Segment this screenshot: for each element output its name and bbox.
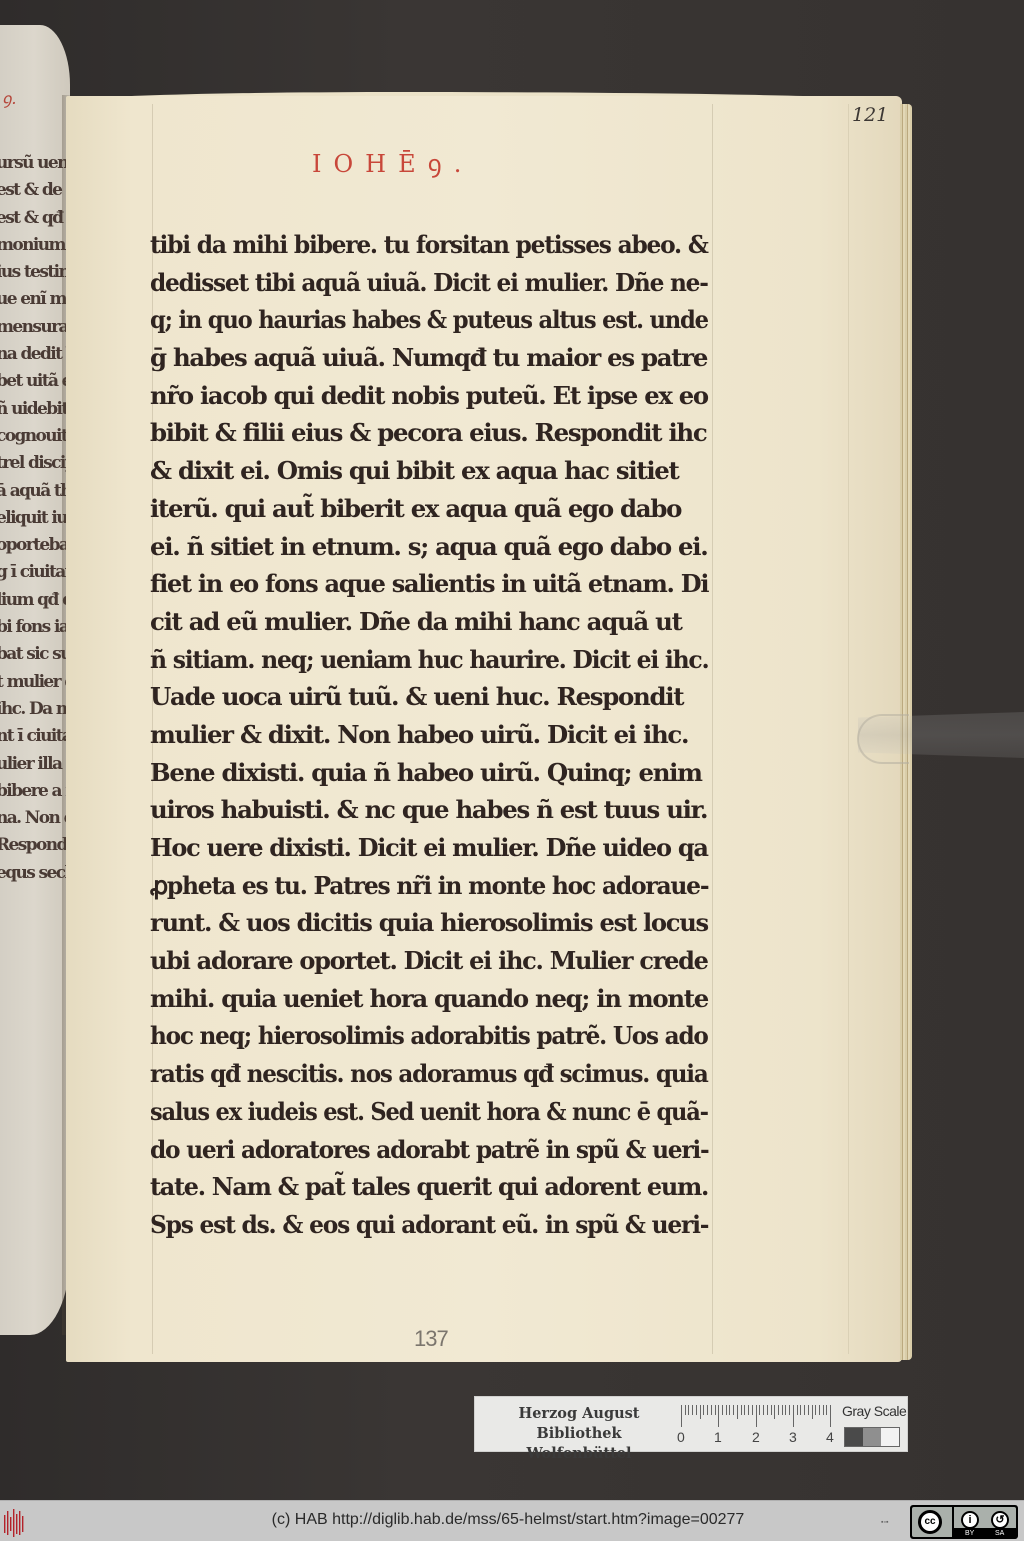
left-page-line: est & de te lo <box>0 177 70 204</box>
ruler-tick <box>823 1405 824 1415</box>
ruler-label: 4 <box>826 1429 834 1445</box>
left-page-line: eliquit iudeã <box>0 505 70 532</box>
ruler-tick <box>800 1405 801 1415</box>
left-page-line: ue enĩ misit deꝰ <box>0 286 70 313</box>
manuscript-line: runt. & uos dicitis quia hierosolimis es… <box>150 904 703 942</box>
cc-label-strip <box>954 1528 1016 1537</box>
ruler-label: 1 <box>714 1429 722 1445</box>
ruler-tick <box>700 1405 701 1419</box>
manuscript-line: salus ex iudeis est. Sed uenit hora & nu… <box>150 1093 665 1131</box>
manuscript-line: ꝓpheta es tu. Patres nr̃i in monte hoc a… <box>150 867 685 905</box>
left-page-line: bat sic sup <box>0 641 70 668</box>
manuscript-line: ei. ñ sitiet in etnum. s; aqua quã ego d… <box>150 528 708 566</box>
folio-number: 121 <box>852 104 888 126</box>
ruling-line-right <box>712 104 713 1354</box>
ruler-tick <box>692 1405 693 1415</box>
ruler-tick <box>722 1405 723 1415</box>
manuscript-line: uiros habuisti. & nc que habes ñ est tuu… <box>150 791 708 829</box>
ruler-tick <box>737 1405 738 1419</box>
left-page-line: ñ uidebit uitã <box>0 396 70 423</box>
left-page-line: trel discipl <box>0 450 70 477</box>
ruler-tick <box>774 1405 775 1419</box>
ruler-tick <box>711 1405 712 1415</box>
left-page-line: ā aquã the <box>0 478 70 505</box>
left-page-edge: ꝯ. ursũ uenit ī ĝest & de te loest & qđ … <box>0 25 70 1335</box>
gray-swatch <box>845 1428 863 1446</box>
ruler-tick <box>826 1405 827 1415</box>
manuscript-line: Sps est ds. & eos qui adorant eũ. in spũ… <box>150 1206 684 1244</box>
left-page-line: mensura dat ds <box>0 314 70 341</box>
ruler-tick <box>718 1405 719 1427</box>
left-page-line: ius testimoniu <box>0 259 70 286</box>
by-attribution-icon: i <box>961 1511 979 1529</box>
left-page-line: ursũ uenit ī ĝ <box>0 150 70 177</box>
ruler-tick <box>685 1405 686 1415</box>
ruler-tick <box>819 1405 820 1415</box>
manuscript-line: q; in quo haurias habes & puteus altus e… <box>150 301 667 339</box>
ruler-tick <box>767 1405 768 1415</box>
ruler-tick <box>748 1405 749 1415</box>
ruler-tick <box>752 1405 753 1415</box>
ruler-tick <box>759 1405 760 1415</box>
manuscript-line: mihi. quia ueniet hora quando neq; in mo… <box>150 980 707 1018</box>
ruler-tick <box>812 1405 813 1419</box>
manuscript-line: tate. Nam & pat̃ tales querit qui adoren… <box>150 1168 696 1206</box>
sa-label: SA <box>995 1530 1004 1537</box>
footer-bar: (c) HAB http://diglib.hab.de/mss/65-helm… <box>0 1500 1024 1541</box>
manuscript-line: tibi da mihi bibere. tu forsitan petisse… <box>150 226 683 264</box>
by-label: BY <box>965 1530 974 1537</box>
cc-logo-icon: cc <box>918 1510 942 1534</box>
ruler-tick <box>729 1405 730 1415</box>
left-page-line: cognouit ihs <box>0 423 70 450</box>
manuscript-line: & dixit ei. Omis qui bibit ex aqua hac s… <box>150 452 708 490</box>
gray-scale-swatches <box>844 1427 900 1447</box>
ruler-tick <box>756 1405 757 1427</box>
ruler-tick <box>733 1405 734 1415</box>
scale-card: Herzog August Bibliothek Wolfenbüttel 0 … <box>474 1396 908 1452</box>
cc-left: cc <box>912 1507 952 1537</box>
left-page-line: Respondit <box>0 832 70 859</box>
manuscript-line: nr̃o iacob qui dedit nobis puteũ. Et ips… <box>150 377 705 415</box>
page-number: 137 <box>414 1326 448 1352</box>
left-page-line: est & qđ uidit <box>0 205 70 232</box>
manuscript-line: do ueri adoratores adorabt patrẽ in spũ … <box>150 1131 682 1169</box>
ruler-tick <box>726 1405 727 1415</box>
left-page-line: bibere a me <box>0 778 70 805</box>
manuscript-line: fiet in eo fons aque salientis in uitã e… <box>150 565 700 603</box>
ruler-tick <box>744 1405 745 1415</box>
ruler-tick <box>793 1405 794 1427</box>
manuscript-line: cit ad eũ mulier. Dñe da mihi hanc aquã … <box>150 603 708 641</box>
left-page-line: lium qđ dedit <box>0 587 70 614</box>
running-head: IOHĒꝯ. <box>312 147 552 180</box>
manuscript-line: hoc neq; hierosolimis adorabitis patrẽ. … <box>150 1017 680 1055</box>
cc-right: i ↺ BY SA <box>954 1507 1016 1537</box>
ruler-tick <box>789 1405 790 1415</box>
ruler-labels: 0 1 2 3 4 <box>675 1429 855 1447</box>
left-page-line: nt ī ciuitat <box>0 723 70 750</box>
ruler-tick <box>815 1405 816 1415</box>
ruler-tick <box>797 1405 798 1415</box>
left-page-line: ulier illa sam <box>0 751 70 778</box>
centimeter-ruler <box>681 1405 841 1427</box>
manuscript-line: Uade uoca uirũ tuũ. & ueni huc. Respondi… <box>150 678 708 716</box>
institution-name: Herzog August Bibliothek Wolfenbüttel <box>481 1404 677 1464</box>
cc-license-badge[interactable]: cc i ↺ BY SA <box>910 1505 1018 1539</box>
left-page-rubric: ꝯ. <box>2 87 16 109</box>
ruler-tick <box>703 1405 704 1415</box>
left-page-line: na. Non enim <box>0 805 70 832</box>
institution-line-2: Wolfenbüttel <box>481 1444 677 1464</box>
ruler-tick <box>681 1405 682 1427</box>
ruler-label: 0 <box>677 1429 685 1445</box>
ruler-tick <box>804 1405 805 1415</box>
manuscript-line: ubi adorare oportet. Dicit ei ihc. Mulie… <box>150 942 699 980</box>
ruler-tick <box>741 1405 742 1415</box>
ruler-tick <box>808 1405 809 1415</box>
left-page-line: g ī ciuitatẽ <box>0 559 70 586</box>
manuscript-text-block: tibi da mihi bibere. tu forsitan petisse… <box>150 226 710 1244</box>
manuscript-line: Hoc uere dixisti. Dicit ei mulier. Dñe u… <box>150 829 699 867</box>
left-page-line: monium eius n <box>0 232 70 259</box>
share-alike-icon: ↺ <box>991 1511 1009 1529</box>
institution-line-1: Herzog August Bibliothek <box>481 1404 677 1444</box>
ruler-tick <box>830 1405 831 1427</box>
manuscript-line: ratis qđ nescitis. nos adoramus qđ scimu… <box>150 1055 677 1093</box>
ruler-tick <box>778 1405 779 1415</box>
left-page-line: ihc. Da mihi <box>0 696 70 723</box>
copyright-link[interactable]: (c) HAB http://diglib.hab.de/mss/65-helm… <box>0 1511 1024 1529</box>
manuscript-line: ḡ habes aquã uiuã. Numqđ tu maior es pat… <box>150 339 708 377</box>
left-page-line: t mulier de sa <box>0 669 70 696</box>
left-page-text: ursũ uenit ī ĝest & de te loest & qđ uid… <box>0 150 70 887</box>
ruler-tick <box>771 1405 772 1415</box>
manuscript-line: bibit & filii eius & pecora eius. Respon… <box>150 414 708 452</box>
bookmark-loop <box>857 714 909 764</box>
manuscript-line: mulier & dixit. Non habeo uirũ. Dicit ei… <box>150 716 708 754</box>
ruler-label: 3 <box>789 1429 797 1445</box>
ruler-tick <box>707 1405 708 1415</box>
ruler-tick <box>785 1405 786 1415</box>
left-page-line: bet uitã etern <box>0 368 70 395</box>
ruler-tick <box>763 1405 764 1415</box>
ruler-label: 2 <box>752 1429 760 1445</box>
ruler-tick <box>715 1405 716 1415</box>
ruler-tick <box>688 1405 689 1415</box>
ruler-tick <box>782 1405 783 1415</box>
manuscript-line: iterũ. qui aut̃ biberit ex aqua quã ego … <box>150 490 708 528</box>
manuscript-line: dedisset tibi aquã uiuã. Dicit ei mulier… <box>150 264 681 302</box>
copyright-text[interactable]: (c) HAB http://diglib.hab.de/mss/65-helm… <box>272 1511 745 1528</box>
gray-swatch <box>863 1428 881 1446</box>
left-page-line: na dedit ī man <box>0 341 70 368</box>
left-page-line: equs secho <box>0 860 70 887</box>
left-page-line: bi fons iacob <box>0 614 70 641</box>
ruling-line-outer <box>848 104 849 1354</box>
small-marker-icon: ▪▫▪ <box>881 1519 888 1526</box>
manuscript-line: Bene dixisti. quia ñ habeo uirũ. Quinq; … <box>150 754 708 792</box>
manuscript-line: ñ sitiam. neq; ueniam huc haurire. Dicit… <box>150 641 687 679</box>
gray-swatch <box>881 1428 899 1446</box>
gray-scale-label: Gray Scale <box>842 1403 906 1419</box>
ruler-tick <box>696 1405 697 1415</box>
left-page-line: oportebat aut <box>0 532 70 559</box>
